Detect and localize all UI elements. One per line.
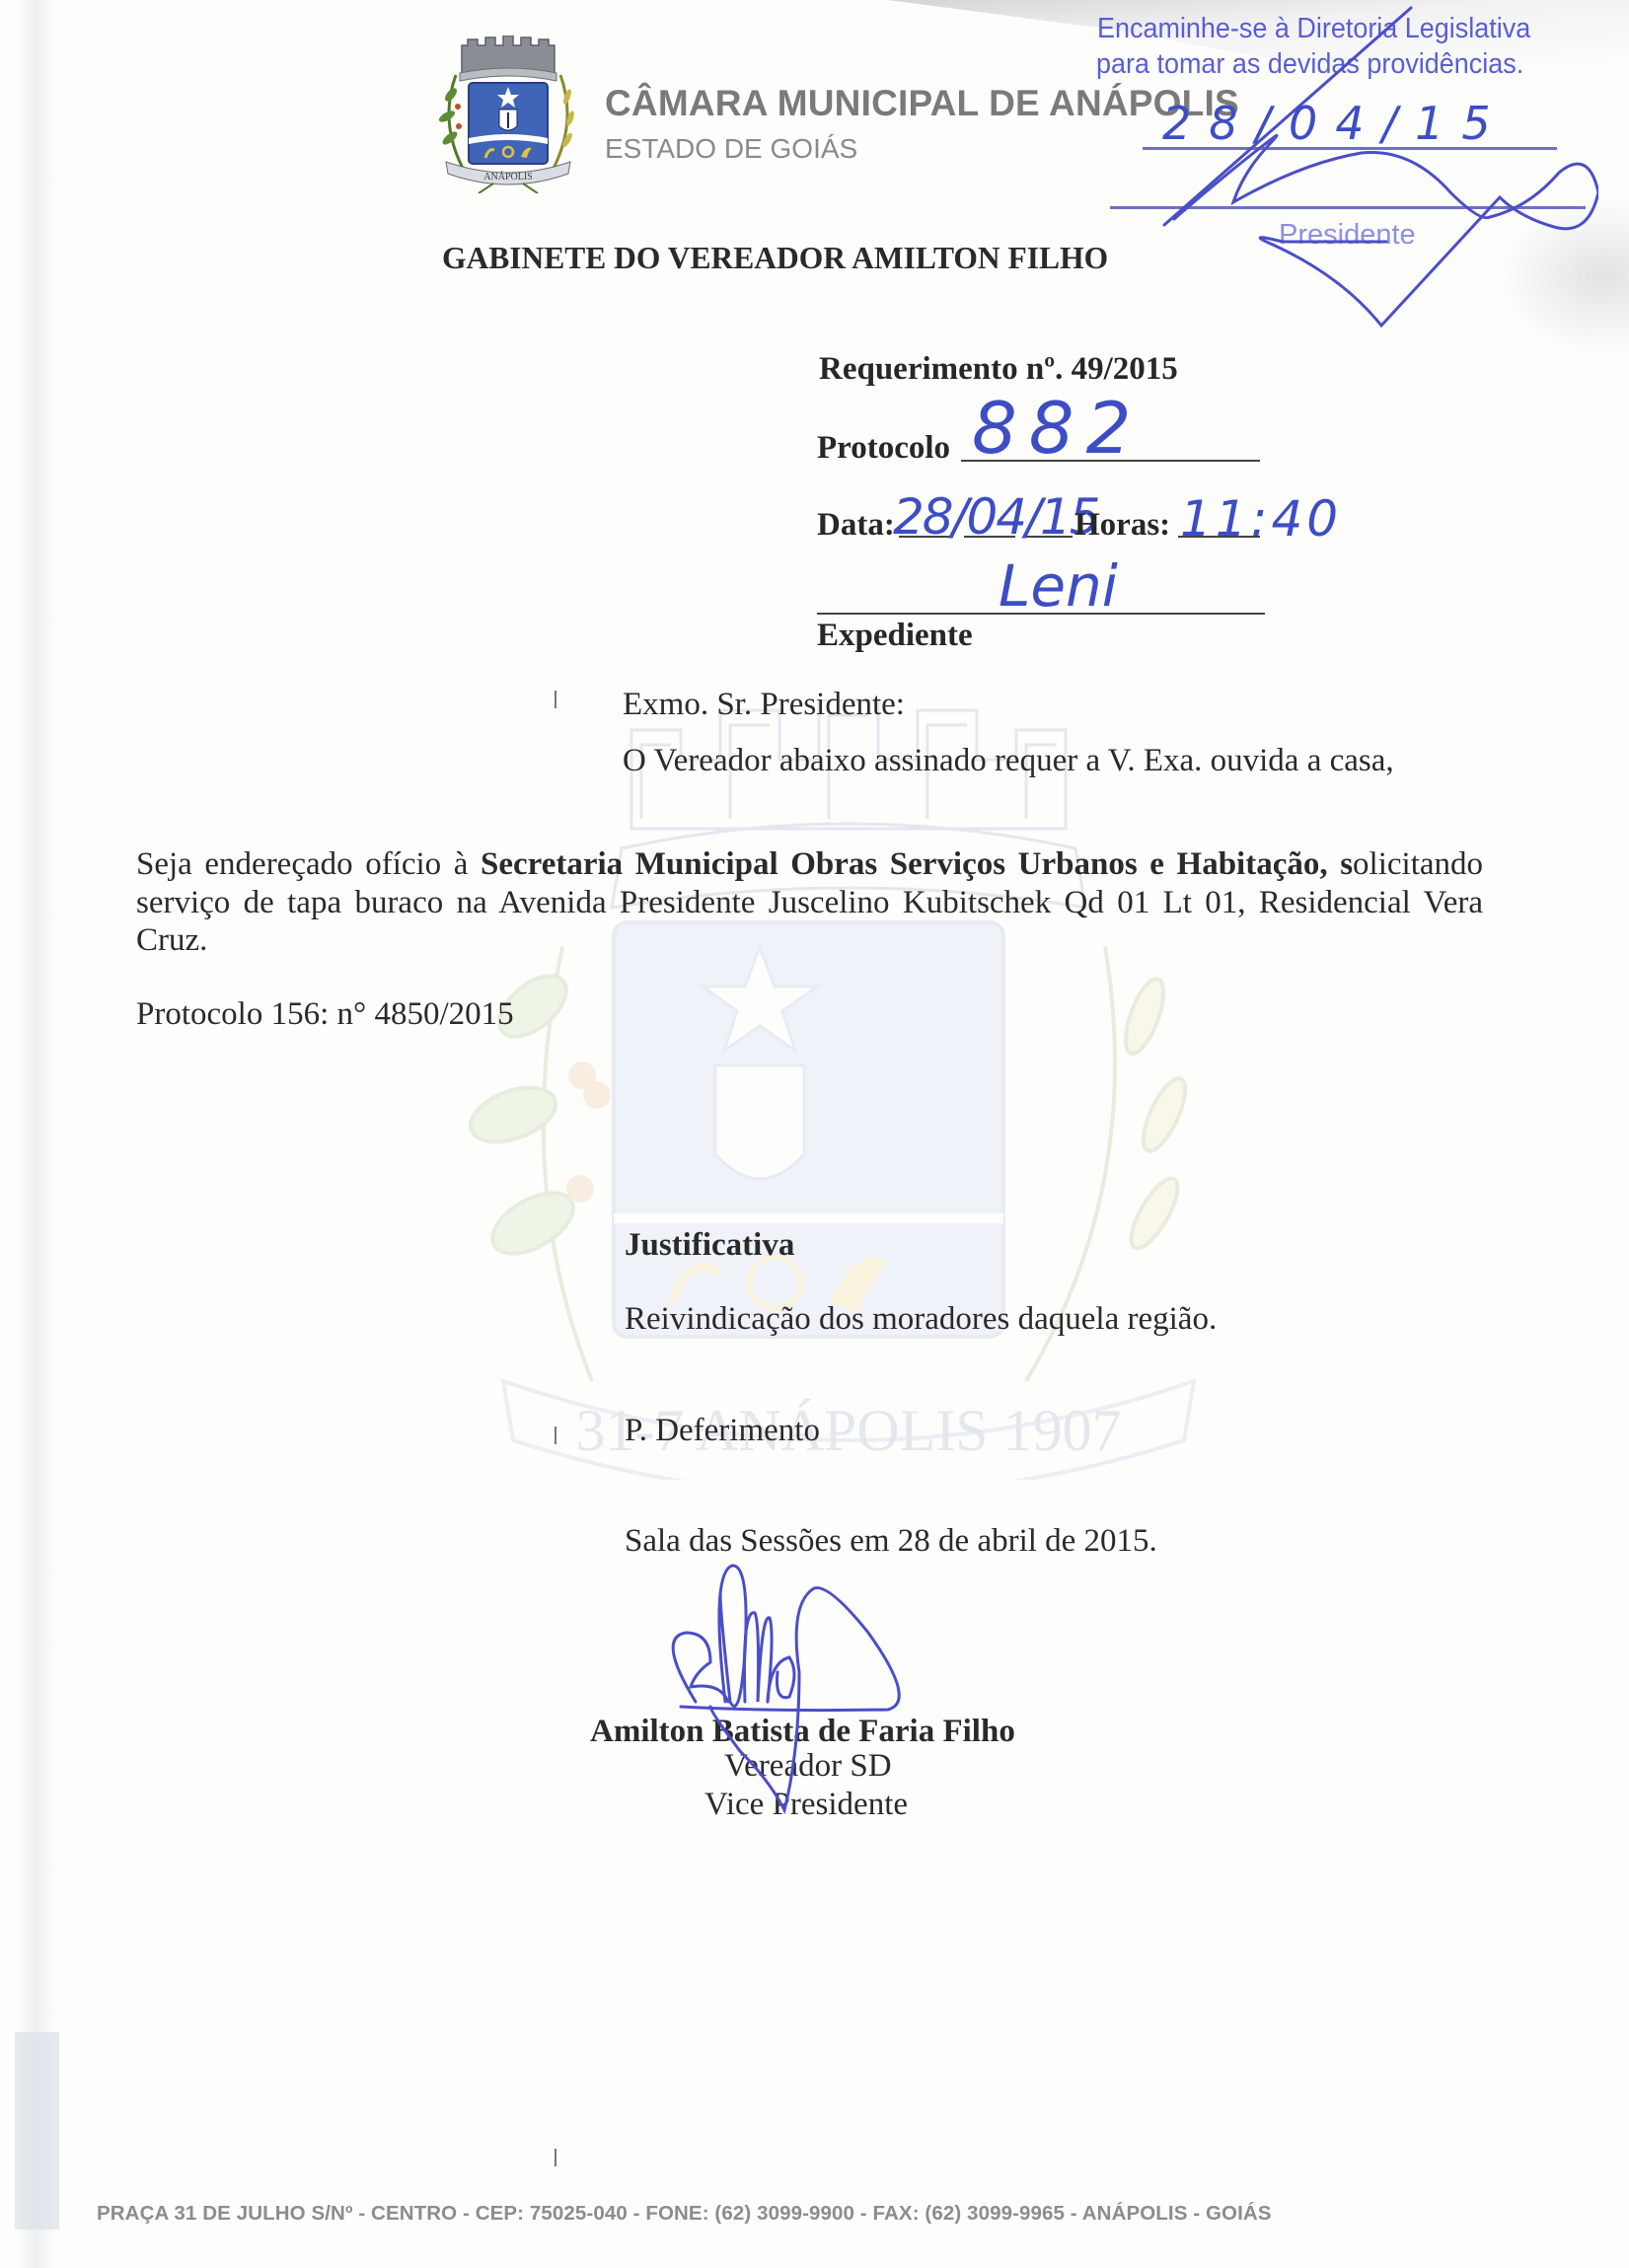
hours-label: Horas: bbox=[1074, 507, 1170, 544]
municipal-crest-icon: ANÁPOLIS bbox=[434, 36, 577, 193]
office-title: GABINETE DO VEREADOR AMILTON FILHO bbox=[442, 241, 1108, 276]
justification-text: Reivindicação dos moradores daquela regi… bbox=[625, 1301, 1217, 1338]
expediente-label: Expediente bbox=[817, 618, 973, 654]
request-prefix: Seja endereçado ofício à bbox=[136, 846, 481, 882]
request-recipient: Secretaria Municipal Obras Serviços Urba… bbox=[481, 846, 1328, 882]
president-signature-icon bbox=[1105, 0, 1598, 335]
request-number: Requerimento nº. 49/2015 bbox=[819, 351, 1178, 388]
footer-address: PRAÇA 31 DE JULHO S/Nº - CENTRO - CEP: 7… bbox=[97, 2202, 1272, 2226]
justification-heading: Justificativa bbox=[625, 1227, 794, 1264]
salutation: Exmo. Sr. Presidente: bbox=[623, 687, 905, 723]
expediente-signature: Leni bbox=[999, 552, 1118, 620]
reference-protocol: Protocolo 156: n° 4850/2015 bbox=[136, 996, 514, 1033]
request-paragraph: Seja endereçado ofício à Secretaria Muni… bbox=[136, 845, 1483, 960]
intro-text: O Vereador abaixo assinado requer a V. E… bbox=[623, 743, 1394, 779]
scan-mark bbox=[555, 691, 556, 708]
protocol-label: Protocolo bbox=[817, 430, 950, 467]
scan-edge bbox=[15, 2032, 59, 2230]
date-label: Data: bbox=[817, 507, 895, 544]
organization-state: ESTADO DE GOIÁS bbox=[605, 133, 857, 165]
councilor-signature-icon bbox=[651, 1554, 908, 1825]
watermark-crest-icon: 31-7 ANÁPOLIS 1907 bbox=[395, 691, 1302, 1480]
svg-text:ANÁPOLIS: ANÁPOLIS bbox=[483, 171, 532, 183]
date-value: 28/04/15 bbox=[893, 488, 1099, 546]
protocol-value: 882 bbox=[972, 387, 1143, 470]
scan-edge bbox=[18, 0, 55, 2268]
request-bold-initial: s bbox=[1340, 846, 1353, 882]
scan-mark bbox=[555, 2149, 556, 2166]
closing: P. Deferimento bbox=[625, 1413, 820, 1449]
scan-mark bbox=[555, 1427, 556, 1444]
hours-value: 11:40 bbox=[1180, 490, 1342, 548]
